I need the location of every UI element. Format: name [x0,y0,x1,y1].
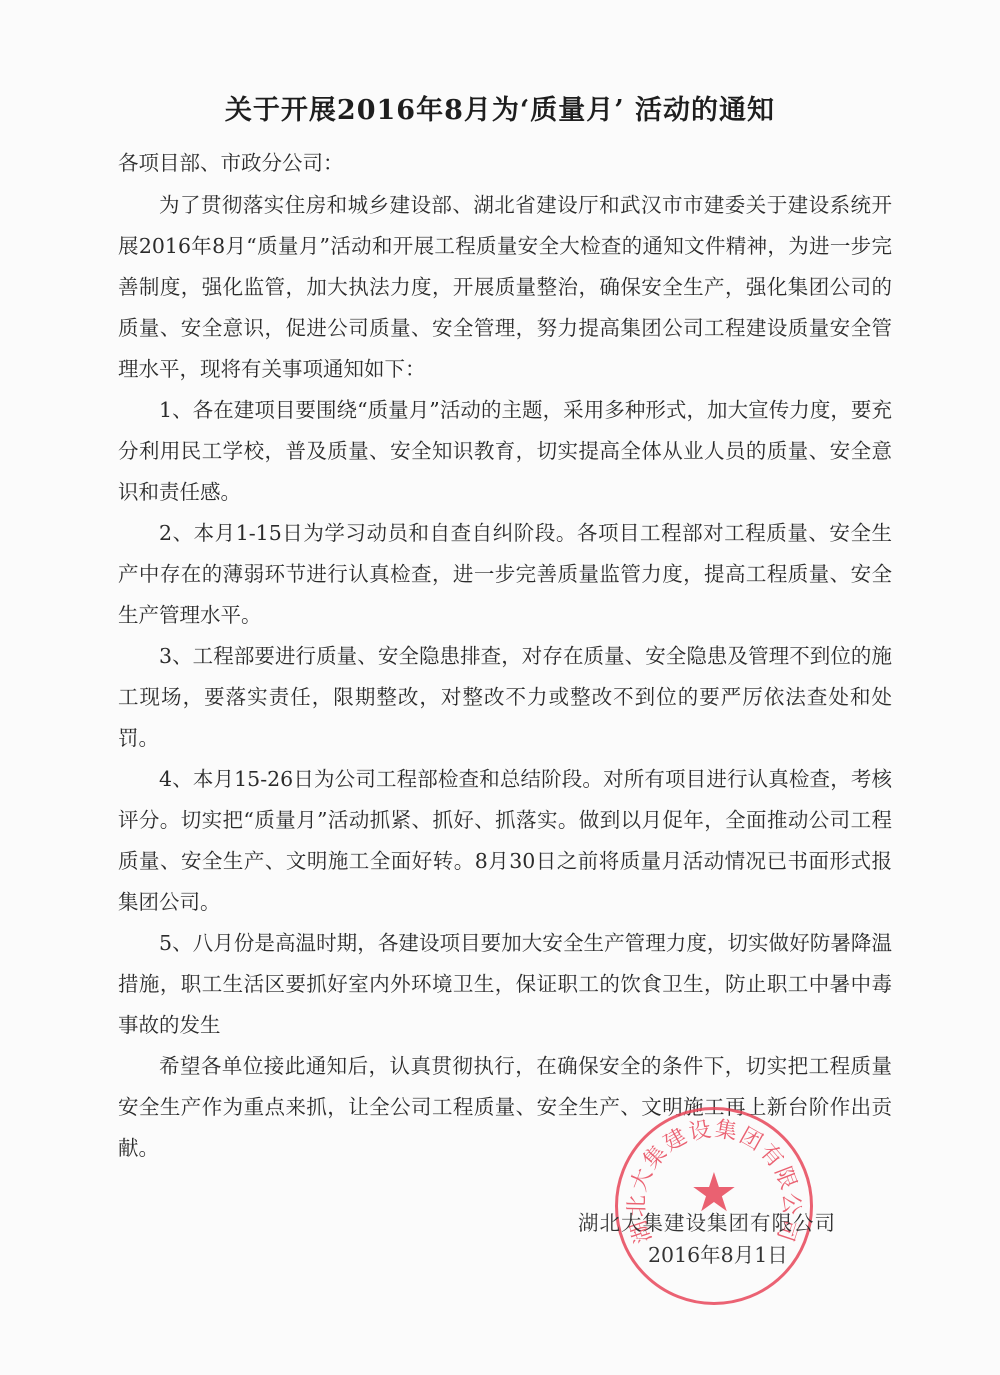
notice-item-4: 4、本月15-26日为公司工程部检查和总结阶段。对所有项目进行认真检查，考核评分… [118,759,892,923]
document-title: 关于开展2016年8月为‘质量月’ 活动的通知 [0,88,1000,127]
signature-date: 2016年8月1日 [648,1238,788,1268]
salutation: 各项目部、市政分公司： [118,146,344,176]
intro-paragraph: 为了贯彻落实住房和城乡建设部、湖北省建设厅和武汉市市建委关于建设系统开展2016… [118,185,892,390]
notice-document: 关于开展2016年8月为‘质量月’ 活动的通知 各项目部、市政分公司： 为了贯彻… [0,0,1000,1375]
signature-company: 湖北大集建设集团有限公司 [578,1206,836,1236]
notice-item-3: 3、工程部要进行质量、安全隐患排查，对存在质量、安全隐患及管理不到位的施工现场，… [118,636,892,759]
notice-item-2: 2、本月1-15日为学习动员和自查自纠阶段。各项目工程部对工程质量、安全生产中存… [118,513,892,636]
notice-item-5: 5、八月份是高温时期，各建设项目要加大安全生产管理力度，切实做好防暑降温措施，职… [118,923,892,1046]
notice-item-1: 1、各在建项目要围绕“质量月”活动的主题，采用多种形式，加大宣传力度，要充分利用… [118,390,892,513]
